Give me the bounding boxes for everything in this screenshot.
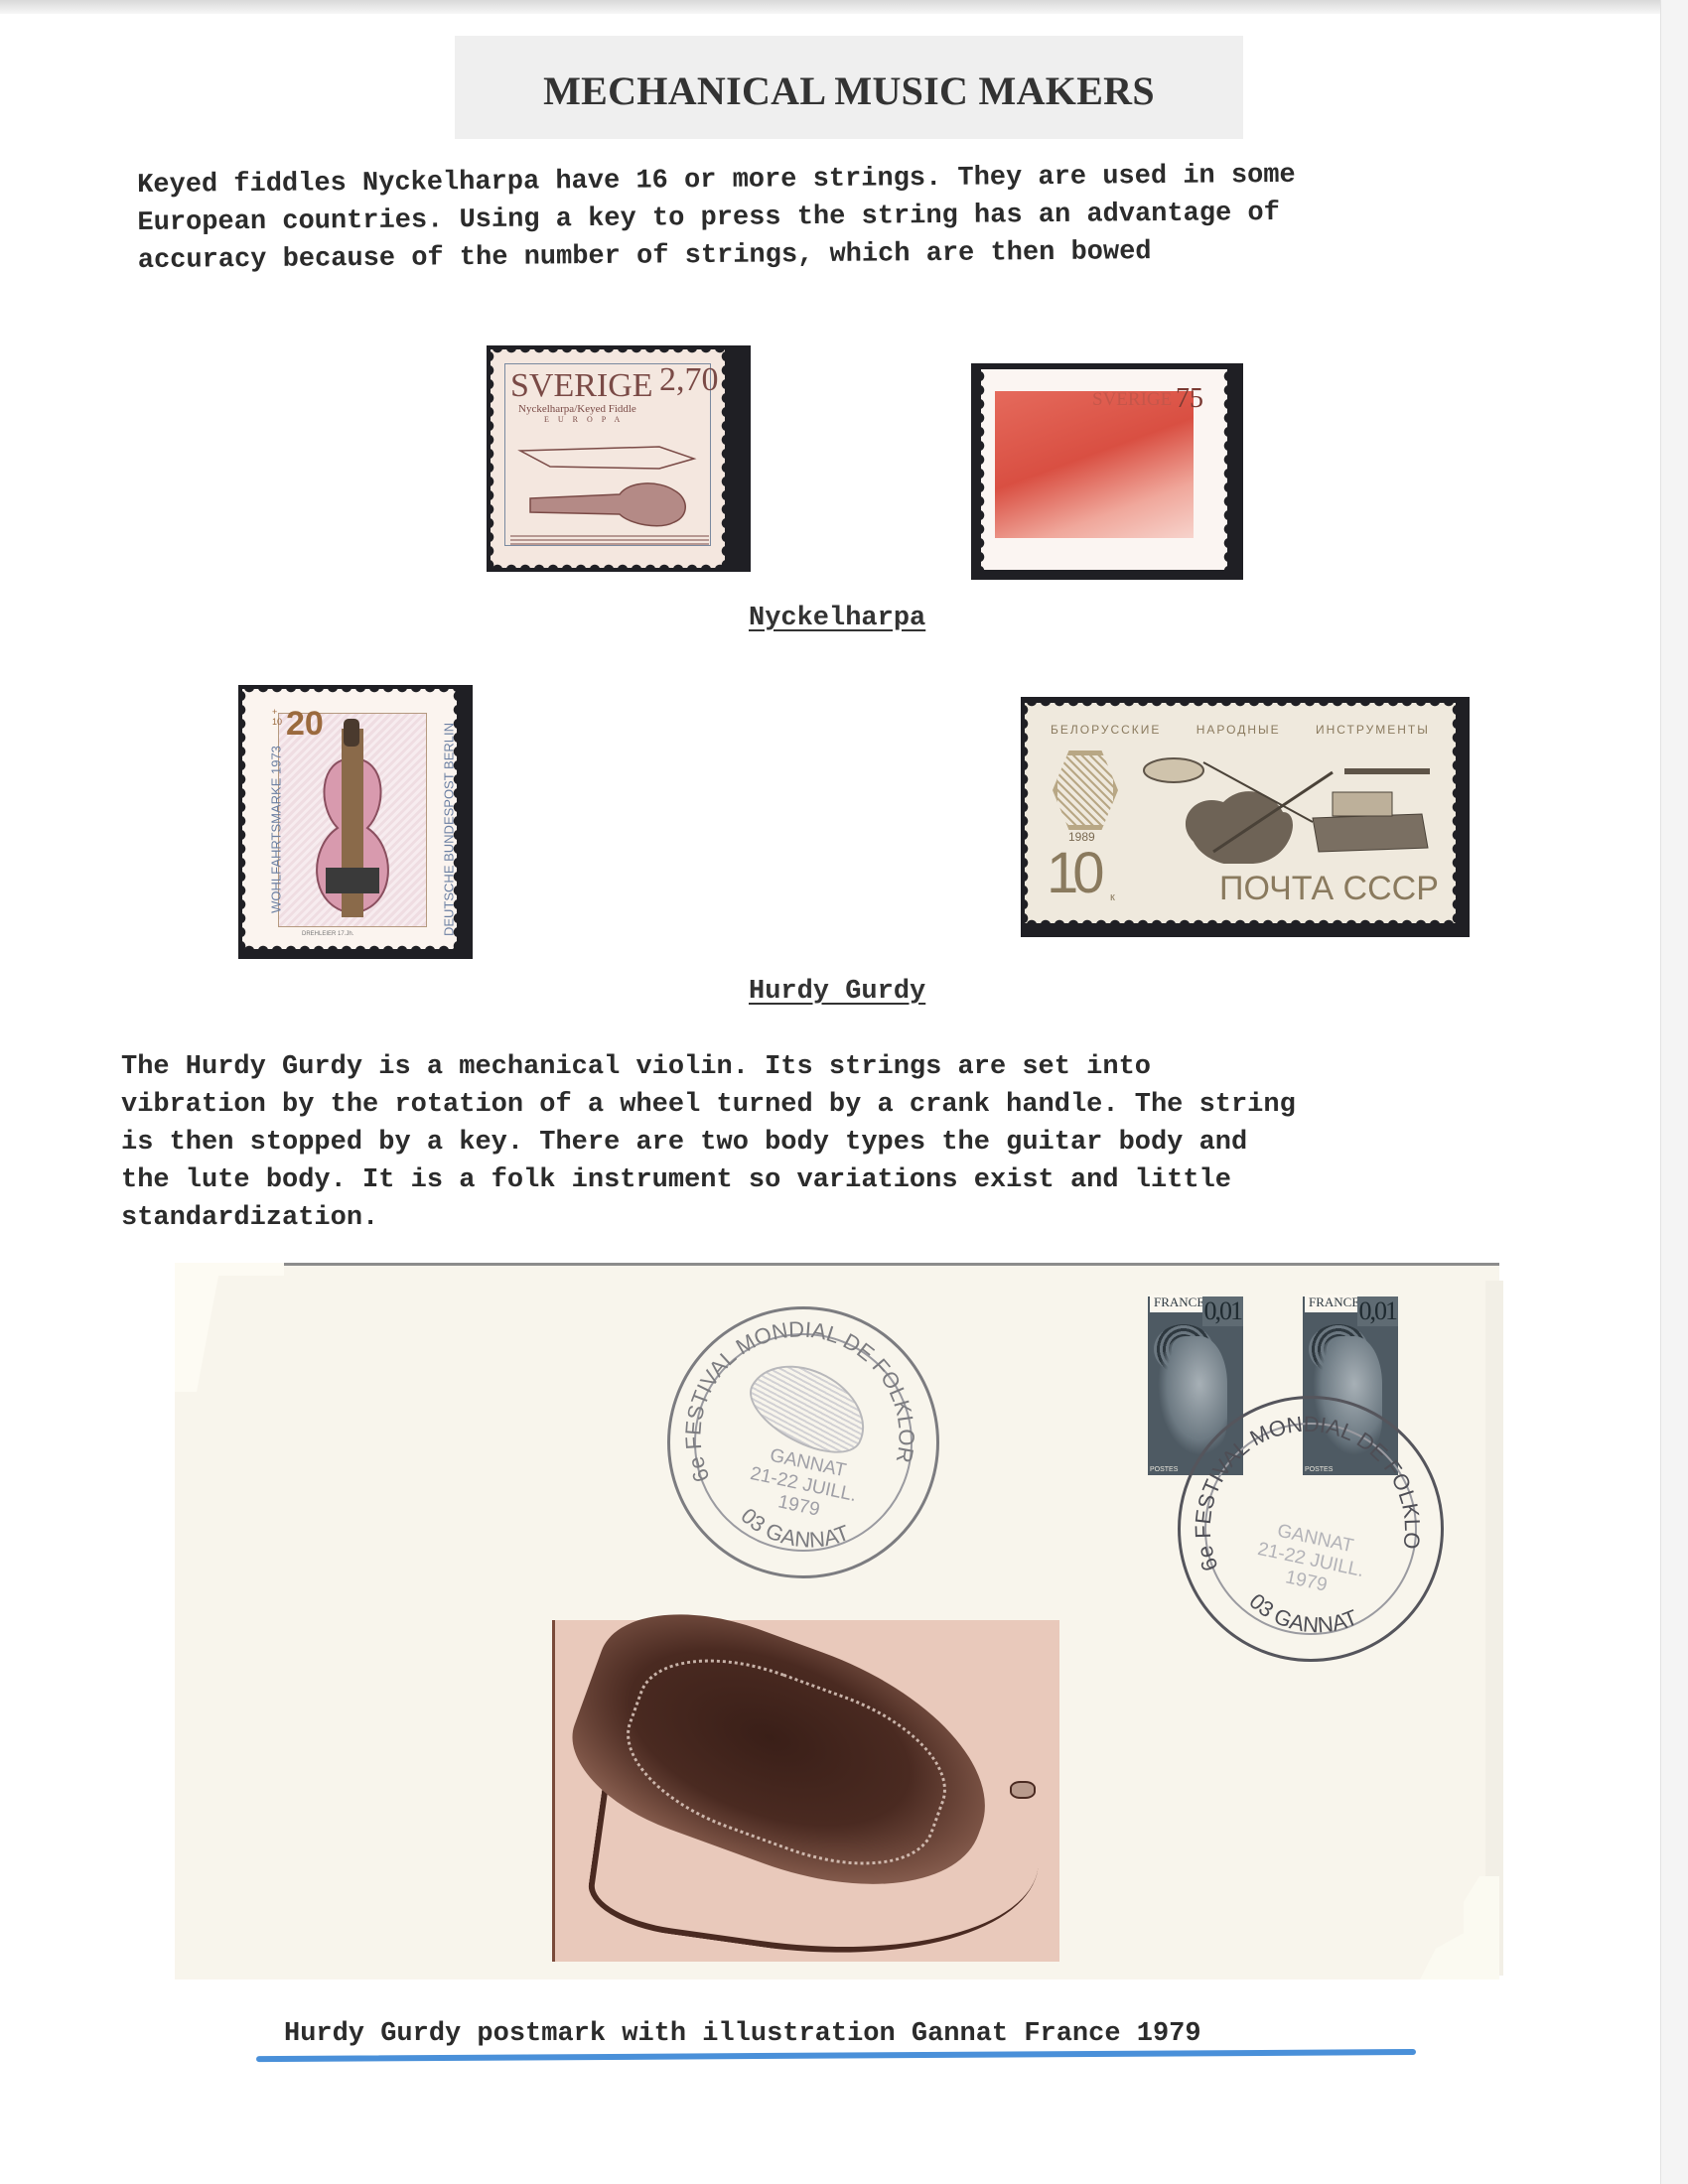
stamp-country: SVERIGE	[1092, 389, 1172, 411]
stamp-postes: POSTES	[1150, 1466, 1178, 1473]
stamp-left-text: WOHLFAHRTSMARKE 1973	[269, 741, 284, 919]
caption-nyckelharpa: Nyckelharpa	[749, 604, 925, 633]
stamp-surcharge: + 10	[272, 707, 282, 727]
stamp-postal-text: ПОЧТА СССР	[1219, 870, 1439, 908]
stamp-ussr-10k: БЕЛОРУССКИЕ НАРОДНЫЕ ИНСТРУМЕНТЫ 1989 10…	[1025, 703, 1456, 923]
page-title: MECHANICAL MUSIC MAKERS	[455, 68, 1243, 114]
instruments-illustration	[1134, 752, 1432, 864]
crank-handle-icon	[1010, 1781, 1036, 1799]
folk-ornament	[1053, 751, 1118, 830]
stamp-right-text: DEUTSCHE BUNDESPOST BERLIN	[442, 721, 457, 939]
stamp-country: FRANCE	[1305, 1295, 1363, 1312]
stamp-unit: к	[1110, 891, 1115, 903]
stamp-country: FRANCE	[1150, 1295, 1208, 1312]
stamp-sverige-75: SVERIGE 75	[981, 369, 1227, 570]
envelope-edge	[1485, 1281, 1503, 1976]
highlight-underline	[256, 2049, 1416, 2062]
stamp-value: 0,01	[1357, 1297, 1399, 1326]
intro-paragraph: Keyed fiddles Nyckelharpa have 16 or mor…	[137, 157, 1297, 280]
stamp-value: 75	[1176, 383, 1203, 415]
hurdy-gurdy-illustration	[298, 719, 407, 927]
stamp-country: SVERIGE	[510, 367, 653, 405]
stamp-berlin-20: 20 + 10 WOHLFAHRTSMARKE 1973 DEUTSCHE BU…	[242, 689, 457, 949]
nyckelharpa-illustration	[510, 429, 709, 548]
stamp-heading: БЕЛОРУССКИЕ НАРОДНЫЕ ИНСТРУМЕНТЫ	[1051, 723, 1430, 737]
stamp-sverige-270: SVERIGE 2,70 Nyckelharpa/Keyed Fiddle EU…	[491, 349, 725, 568]
fiddler-illustration	[995, 391, 1194, 538]
title-banner: MECHANICAL MUSIC MAKERS	[455, 36, 1243, 139]
stamp-value: 20	[286, 705, 324, 744]
cover-caption: Hurdy Gurdy postmark with illustration G…	[284, 2019, 1201, 2049]
postmark-gannat-cancel: 6e FESTIVAL MONDIAL DE FOLKLORE 03 GANNA…	[1178, 1396, 1444, 1662]
page-right-edge	[1660, 0, 1688, 2184]
stamp-value: 10	[1047, 840, 1099, 906]
hurdy-gurdy-photo	[552, 1620, 1059, 1962]
page-top-shadow	[0, 0, 1660, 14]
caption-hurdy-gurdy: Hurdy Gurdy	[749, 977, 925, 1007]
stamp-value: 2,70	[659, 361, 719, 399]
stamp-designer: DREHLEIER 17.Jh.	[302, 931, 353, 937]
postmark-gannat: 6e FESTIVAL MONDIAL DE FOLKLORE 03 GANNA…	[667, 1306, 939, 1578]
hurdy-gurdy-paragraph: The Hurdy Gurdy is a mechanical violin. …	[121, 1048, 1296, 1237]
stamp-series: EUROPA	[544, 415, 629, 424]
stamp-value: 0,01	[1202, 1297, 1244, 1326]
stamp-subtitle: Nyckelharpa/Keyed Fiddle	[518, 403, 636, 415]
